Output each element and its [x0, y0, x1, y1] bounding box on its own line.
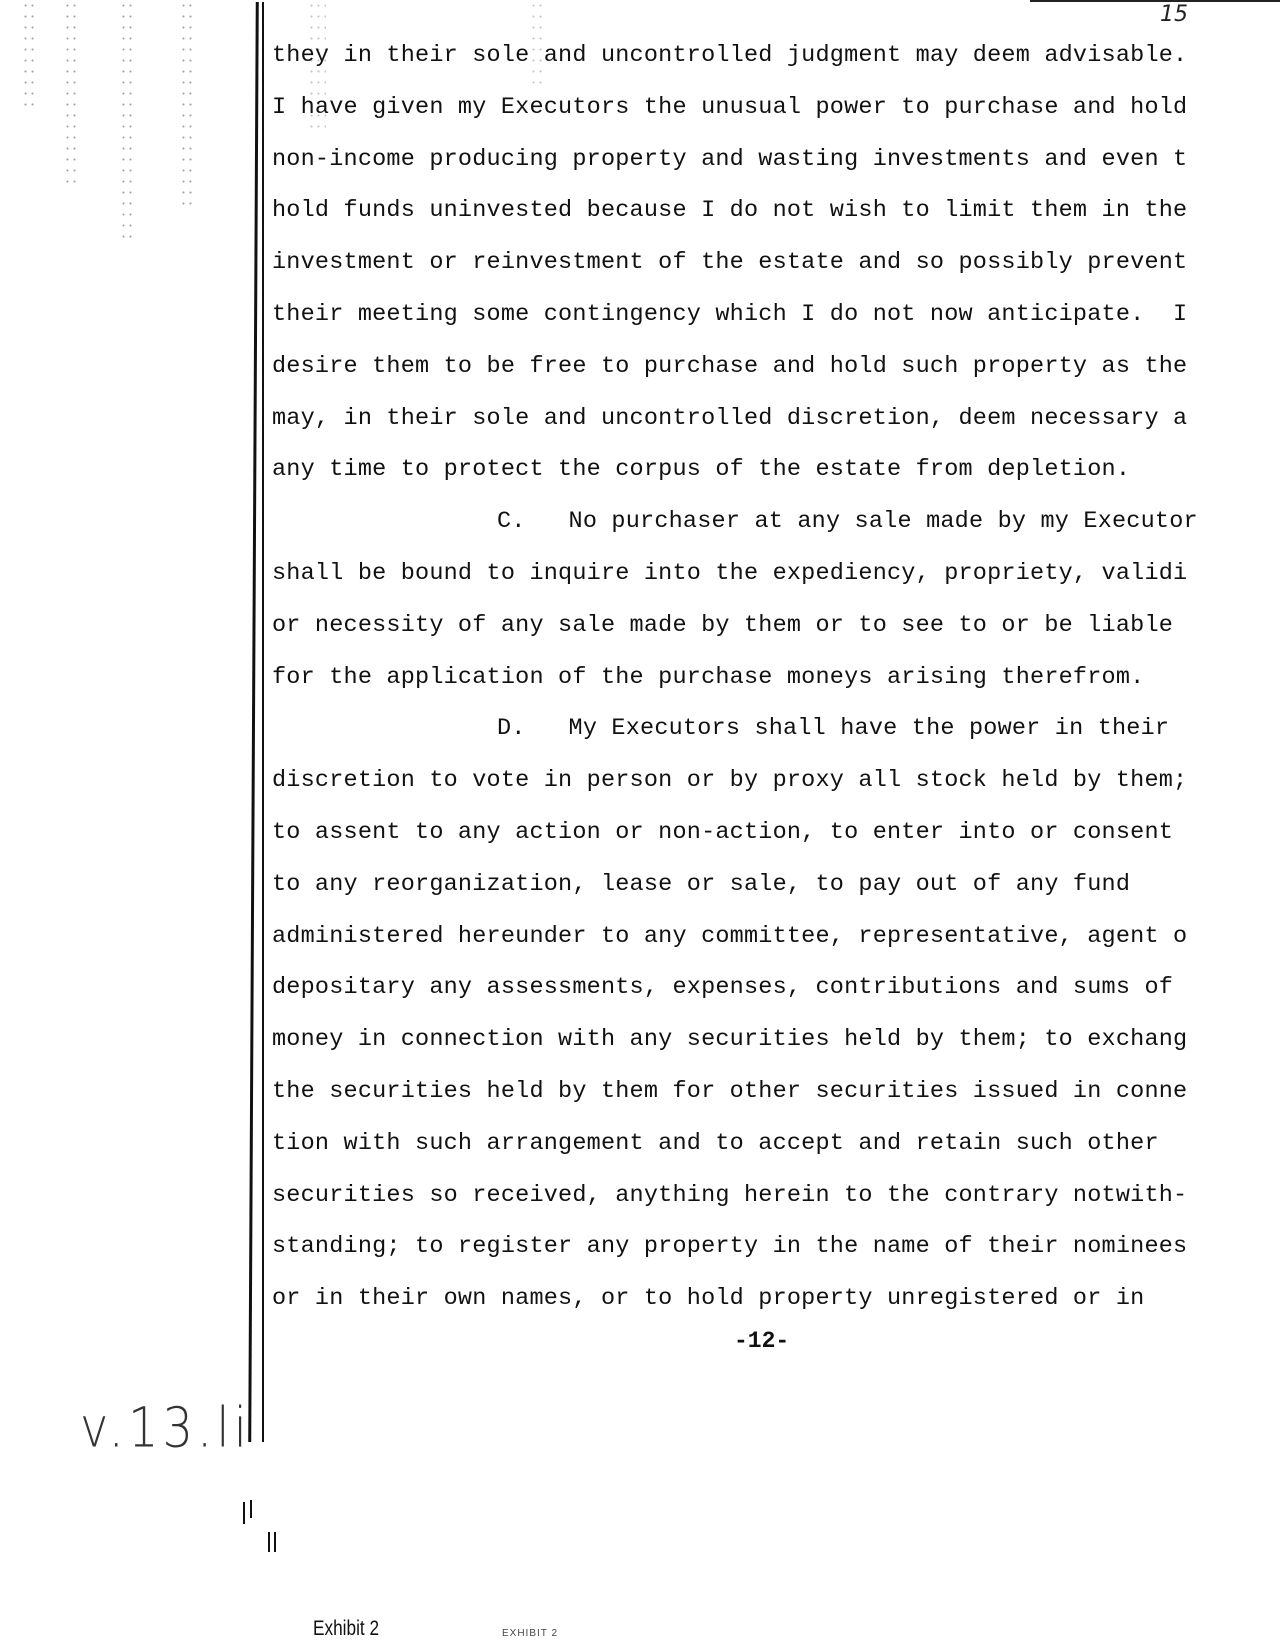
- text-line: hold funds uninvested because I do not w…: [272, 185, 1272, 237]
- document-page: 15 they in their sole and uncontrolled j…: [0, 0, 1280, 1648]
- paragraph-d-heading: D. My Executors shall have the power in …: [272, 703, 1272, 755]
- text-line: or necessity of any sale made by them or…: [272, 600, 1272, 652]
- text-line: or in their own names, or to hold proper…: [272, 1273, 1272, 1325]
- footer-stamp: EXHIBIT 2: [502, 1628, 558, 1639]
- scan-noise: [180, 0, 194, 210]
- document-body: they in their sole and uncontrolled judg…: [272, 30, 1272, 1325]
- text-line: to assent to any action or non-action, t…: [272, 807, 1272, 859]
- text-line: standing; to register any property in th…: [272, 1221, 1272, 1273]
- text-line: I have given my Executors the unusual po…: [272, 82, 1272, 134]
- scan-noise: [22, 0, 36, 110]
- margin-rule-tick: [250, 1500, 252, 1518]
- text-line: money in connection with any securities …: [272, 1014, 1272, 1066]
- text-line: discretion to vote in person or by proxy…: [272, 755, 1272, 807]
- text-line: may, in their sole and uncontrolled disc…: [272, 393, 1272, 445]
- text-line: non-income producing property and wastin…: [272, 134, 1272, 186]
- text-line: any time to protect the corpus of the es…: [272, 444, 1272, 496]
- text-line: securities so received, anything herein …: [272, 1170, 1272, 1222]
- margin-rule-tick: [268, 1532, 270, 1552]
- top-border-rule: [1030, 0, 1280, 2]
- paragraph-c-heading: C. No purchaser at any sale made by my E…: [272, 496, 1272, 548]
- page-number: -12-: [734, 1328, 789, 1354]
- exhibit-label: Exhibit 2: [313, 1617, 379, 1641]
- margin-rule: [262, 2, 264, 1442]
- text-line: they in their sole and uncontrolled judg…: [272, 30, 1272, 82]
- margin-rule-tick: [274, 1532, 276, 1552]
- text-line: for the application of the purchase mone…: [272, 652, 1272, 704]
- text-line: depositary any assessments, expenses, co…: [272, 962, 1272, 1014]
- text-line: the securities held by them for other se…: [272, 1066, 1272, 1118]
- margin-rule: [248, 2, 259, 1442]
- handwritten-annotation: v.13.li: [80, 1396, 251, 1460]
- scan-noise: [120, 0, 134, 240]
- text-line: tion with such arrangement and to accept…: [272, 1118, 1272, 1170]
- margin-rule-tick: [243, 1502, 245, 1524]
- handwritten-page-mark: 15: [1160, 2, 1188, 27]
- text-line: their meeting some contingency which I d…: [272, 289, 1272, 341]
- text-line: desire them to be free to purchase and h…: [272, 341, 1272, 393]
- text-line: shall be bound to inquire into the exped…: [272, 548, 1272, 600]
- text-line: to any reorganization, lease or sale, to…: [272, 859, 1272, 911]
- scan-noise: [64, 0, 78, 190]
- text-line: investment or reinvestment of the estate…: [272, 237, 1272, 289]
- text-line: administered hereunder to any committee,…: [272, 911, 1272, 963]
